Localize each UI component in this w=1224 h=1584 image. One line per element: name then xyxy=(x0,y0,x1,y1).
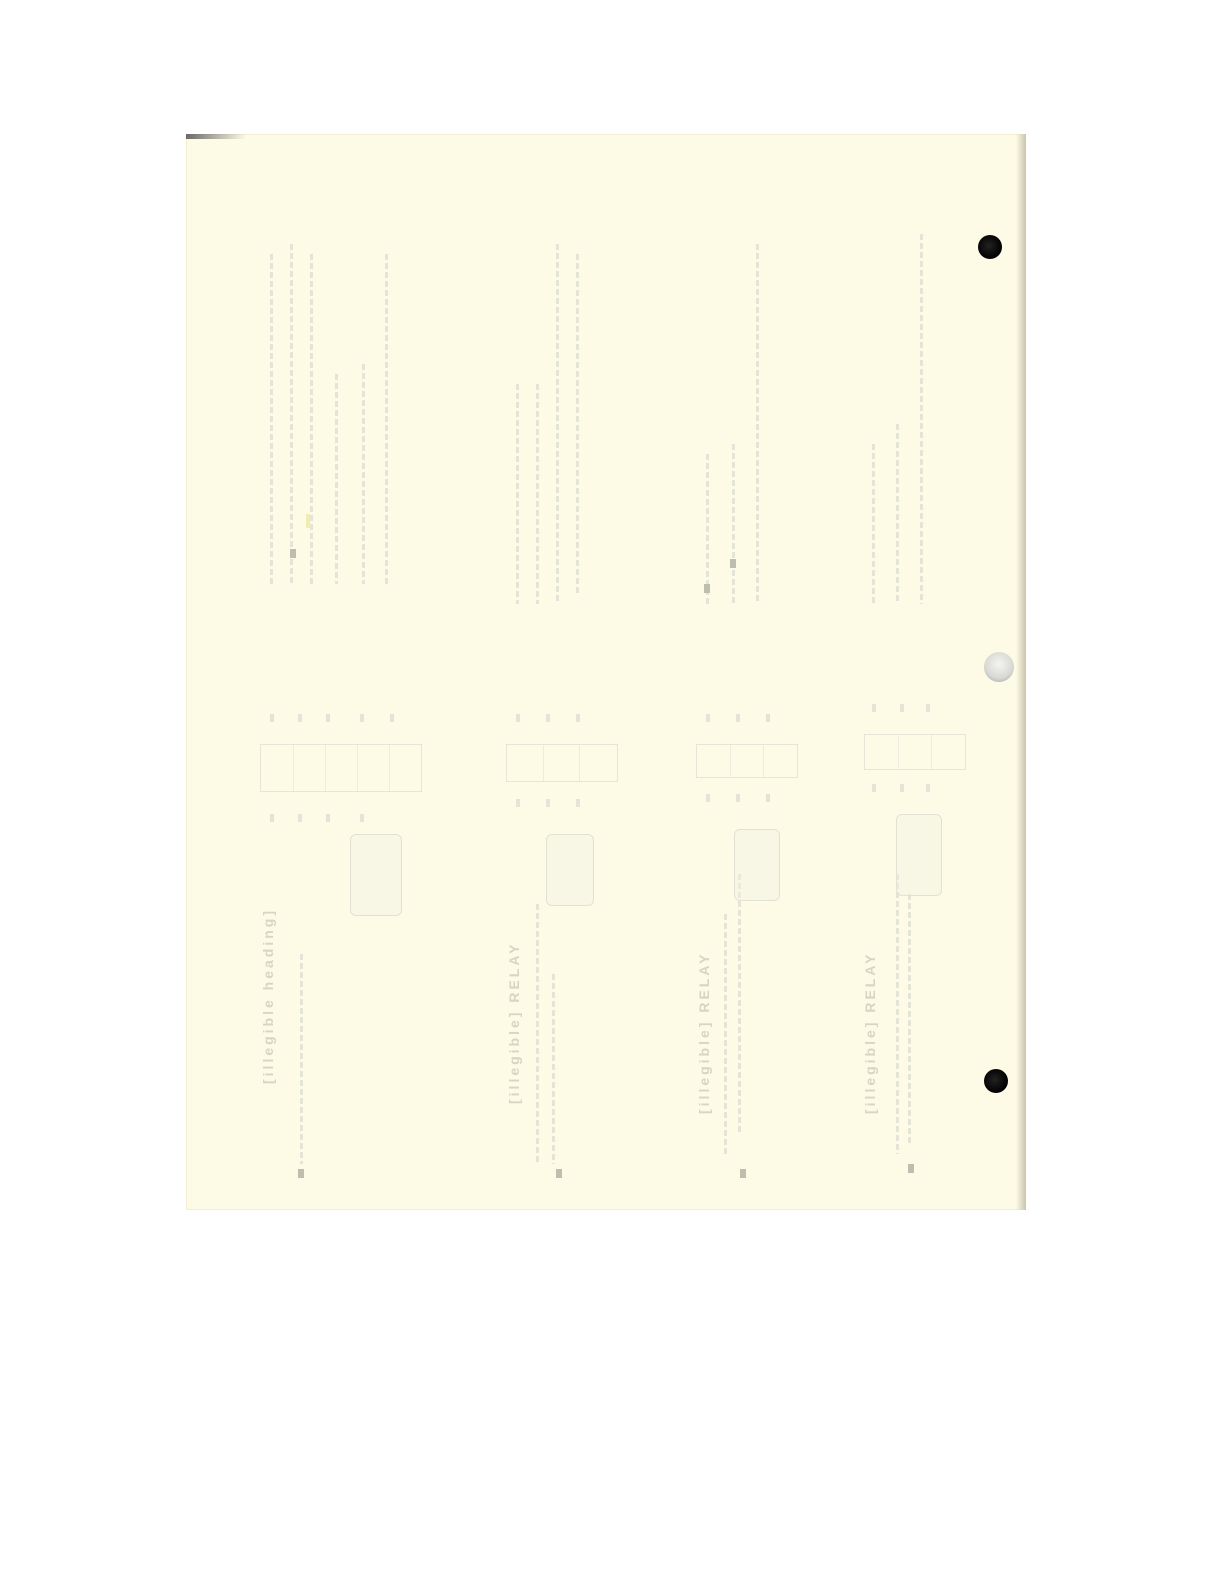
pin-label xyxy=(360,714,364,722)
pin-label xyxy=(706,794,710,802)
section-heading: [illegible] RELAY xyxy=(506,904,522,1104)
pin-label xyxy=(706,714,710,722)
body-text-line xyxy=(290,244,293,584)
pin-label xyxy=(872,704,876,712)
bleed-mark xyxy=(908,1164,914,1173)
pin-label xyxy=(270,714,274,722)
body-text-line xyxy=(872,444,875,604)
body-text-line xyxy=(896,424,899,604)
bleed-mark xyxy=(290,549,296,558)
body-text-line xyxy=(908,894,911,1144)
body-text-line xyxy=(270,254,273,584)
body-text-line xyxy=(756,244,759,604)
pin-label xyxy=(766,714,770,722)
pin-label xyxy=(326,814,330,822)
body-text-line xyxy=(896,874,899,1154)
pin-label xyxy=(298,814,302,822)
body-text-line xyxy=(920,234,923,604)
body-text-line xyxy=(732,444,735,604)
pin-label xyxy=(270,814,274,822)
pin-label xyxy=(736,714,740,722)
body-text-line xyxy=(385,254,388,584)
bleed-mark xyxy=(730,559,736,568)
relay-socket-drawing xyxy=(734,829,780,901)
body-text-line xyxy=(300,954,303,1164)
pin-label xyxy=(900,704,904,712)
pin-label xyxy=(926,704,930,712)
pin-label xyxy=(736,794,740,802)
relay-socket-drawing xyxy=(896,814,942,896)
pin-label xyxy=(872,784,876,792)
body-text-line xyxy=(738,874,741,1134)
pin-table xyxy=(696,744,798,778)
section-1: [illegible heading] xyxy=(250,214,450,1114)
pin-label xyxy=(516,714,520,722)
section-4: [illegible] RELAY xyxy=(856,214,996,1114)
pin-label xyxy=(546,714,550,722)
section-3: [illegible] RELAY xyxy=(686,214,856,1114)
bleed-mark xyxy=(740,1169,746,1178)
body-text-line xyxy=(536,384,539,604)
pin-label xyxy=(298,714,302,722)
body-text-line xyxy=(536,904,539,1164)
pin-label xyxy=(576,799,580,807)
pin-table xyxy=(506,744,618,782)
pin-label xyxy=(516,799,520,807)
pin-label xyxy=(546,799,550,807)
body-text-line xyxy=(706,454,709,604)
pin-label xyxy=(926,784,930,792)
pin-label xyxy=(360,814,364,822)
section-2: [illegible] RELAY xyxy=(496,214,676,1114)
body-text-line xyxy=(362,364,365,584)
pin-table xyxy=(260,744,422,792)
pin-label xyxy=(390,714,394,722)
section-heading: [illegible] RELAY xyxy=(696,884,712,1114)
body-text-line xyxy=(724,914,727,1154)
relay-socket-drawing xyxy=(350,834,402,916)
body-text-line xyxy=(310,254,313,584)
pin-table xyxy=(864,734,966,770)
body-text-line xyxy=(556,244,559,604)
body-text-line xyxy=(335,374,338,584)
section-heading: [illegible heading] xyxy=(260,904,276,1084)
bleed-mark xyxy=(556,1169,562,1178)
bleed-mark xyxy=(704,584,710,593)
pin-label xyxy=(900,784,904,792)
relay-socket-drawing xyxy=(546,834,594,906)
body-text-line xyxy=(516,384,519,604)
pin-label xyxy=(576,714,580,722)
body-text-line xyxy=(552,974,555,1164)
body-text-line xyxy=(576,254,579,594)
highlight-mark xyxy=(306,514,310,528)
bleed-mark xyxy=(298,1169,304,1178)
pin-label xyxy=(766,794,770,802)
pin-label xyxy=(326,714,330,722)
section-heading: [illegible] RELAY xyxy=(862,884,878,1114)
scanned-page: [illegible heading] [illegible] RELAY xyxy=(186,134,1026,1210)
